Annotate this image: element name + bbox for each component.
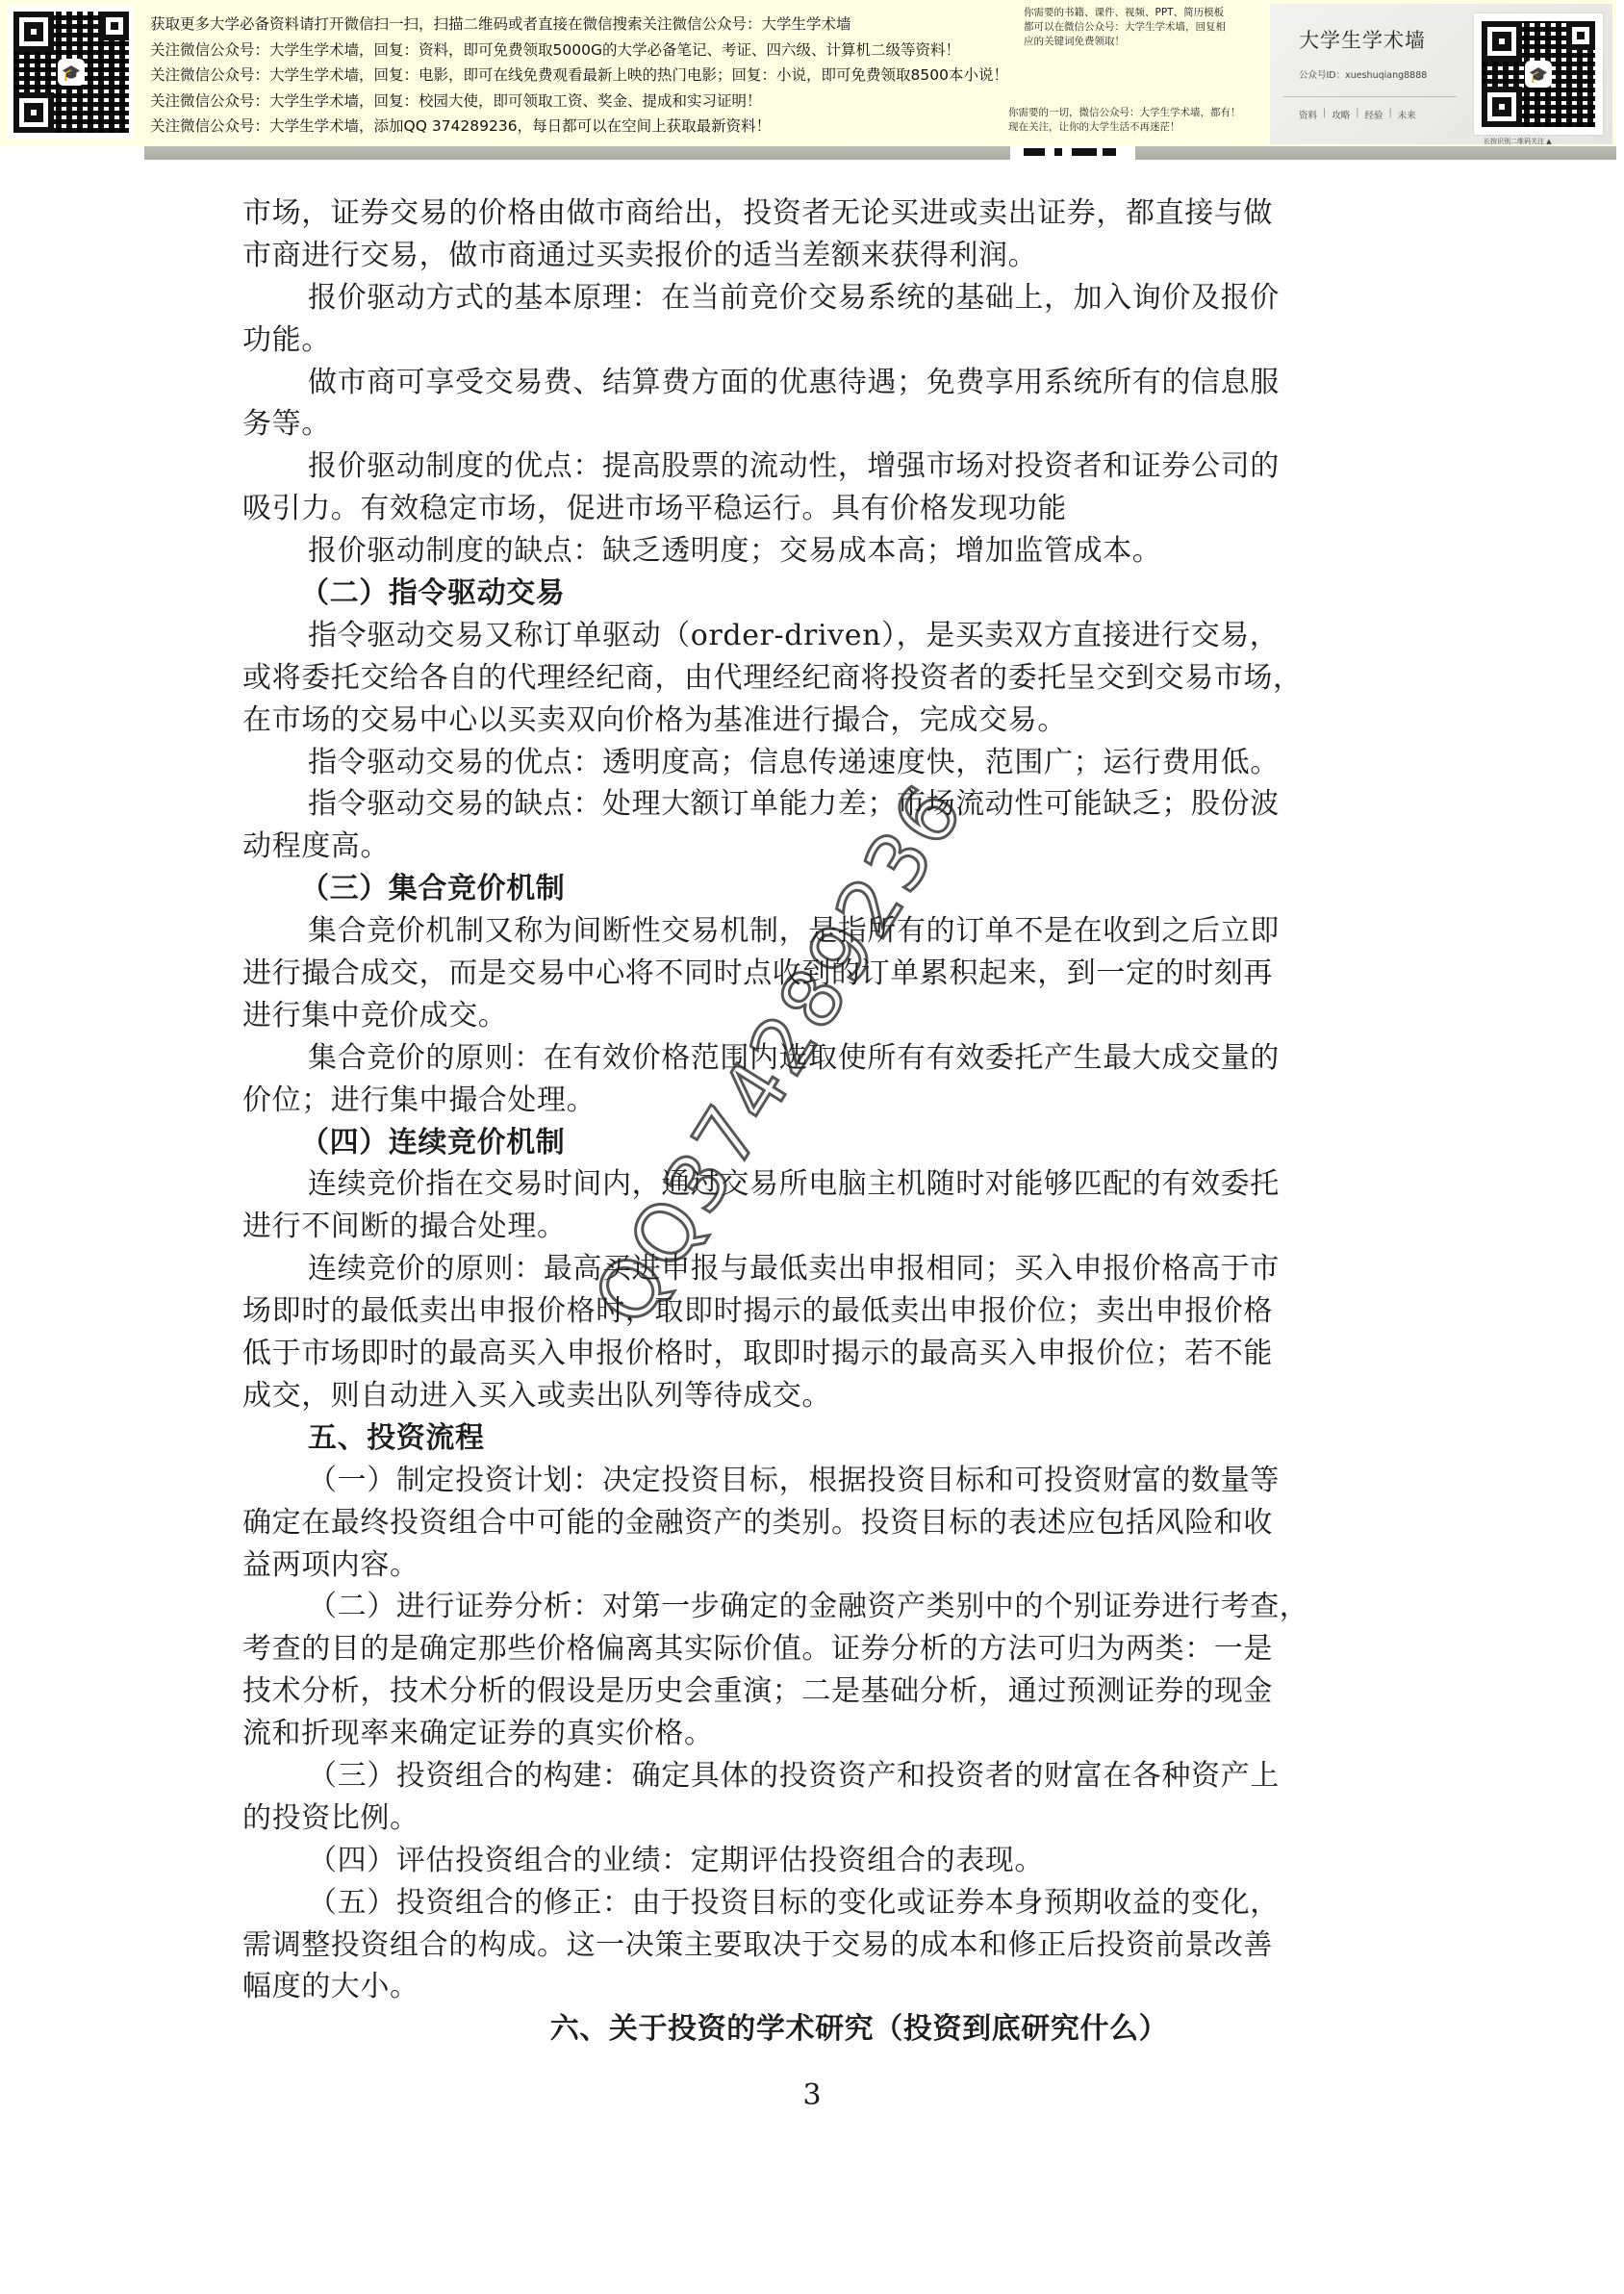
paragraph-line-indented: 连续竞价的原则：最高买进申报与最低卖出申报相同；买入申报价格高于市 [242, 1248, 1380, 1290]
paragraph-line-indented: 指令驱动交易的缺点：处理大额订单能力差；市场流动性可能缺乏；股份波 [242, 783, 1380, 826]
divider [1283, 96, 1457, 97]
paragraph-line: 功能。 [242, 319, 1380, 362]
paragraph-line-indented: 报价驱动方式的基本原理：在当前竞价交易系统的基础上，加入询价及报价 [242, 277, 1380, 319]
account-id: 公众号ID：xueshuqiang8888 [1299, 67, 1427, 81]
banner-text-lines: 获取更多大学必备资料请打开微信扫一扫，扫描二维码或者直接在微信搜索关注微信公众号… [150, 12, 1016, 140]
paragraph-line: 动程度高。 [242, 826, 1380, 868]
paragraph-line: 市场，证券交易的价格由做市商给出，投资者无论买进或卖出证券，都直接与做 [242, 192, 1380, 235]
side-note-line: 你需要的一切，微信公众号：大学生学术墙，都有！ [1008, 106, 1287, 120]
section-heading-centered: 六、关于投资的学术研究（投资到底研究什么） [242, 2008, 1380, 2051]
paragraph-line: 成交，则自动进入买入或卖出队列等待成交。 [242, 1375, 1380, 1417]
separator: | [1388, 108, 1391, 121]
separator: | [1323, 108, 1326, 121]
banner-texture-strip [1135, 146, 1616, 160]
card-link-experience[interactable]: 经验 [1364, 108, 1383, 121]
subsection-heading: （二）指令驱动交易 [242, 573, 1380, 615]
paragraph-line: 低于市场即时的最高买入申报价格时，取即时揭示的最高买入申报价位；若不能 [242, 1333, 1380, 1375]
paragraph-line: 吸引力。有效稳定市场，促进市场平稳运行。具有价格发现功能 [242, 488, 1380, 530]
banner-line: 关注微信公众号：大学生学术墙，添加QQ 374289236，每日都可以在空间上获… [150, 114, 1016, 140]
page-number: 3 [0, 2078, 1624, 2112]
paragraph-line: 需调整投资组合的构成。这一决策主要取决于交易的成本和修正后投资前景改善 [242, 1924, 1380, 1967]
separator: | [1356, 108, 1358, 121]
paragraph-line: 务等。 [242, 403, 1380, 446]
paragraph-line: 幅度的大小。 [242, 1966, 1380, 2008]
subsection-heading: （四）连续竞价机制 [242, 1122, 1380, 1164]
qr-code-left[interactable]: 🎓 [8, 6, 135, 139]
paragraph-line: 场即时的最低卖出申报价格时，取即时揭示的最低卖出申报价位；卖出申报价格 [242, 1290, 1380, 1333]
graduation-cap-icon: 🎓 [1525, 61, 1552, 88]
card-links: 资料 | 攻略 | 经验 | 未来 [1299, 108, 1416, 121]
qr-code-pattern: 🎓 [13, 12, 129, 133]
paragraph-line: 益两项内容。 [242, 1544, 1380, 1587]
paragraph-line-indented: 报价驱动制度的缺点：缺乏透明度；交易成本高；增加监管成本。 [242, 530, 1380, 573]
banner-strip-gap [1010, 146, 1133, 160]
qr-code-right[interactable]: 🎓 [1474, 13, 1603, 135]
paragraph-line-indented: 做市商可享受交易费、结算费方面的优惠待遇；免费享用系统所有的信息服 [242, 362, 1380, 404]
qr-caption: 长按识别二维码关注 ▲ [1484, 137, 1552, 146]
banner-side-note-bottom: 你需要的一切，微信公众号：大学生学术墙，都有！ 现在关注，让你的大学生活不再迷茫… [1008, 106, 1287, 135]
account-card: 大学生学术墙 公众号ID：xueshuqiang8888 资料 | 攻略 | 经… [1270, 4, 1612, 144]
side-note-line: 你需要的书籍、课件、视频、PPT、简历模板 [1024, 6, 1274, 20]
paragraph-line: 技术分析，技术分析的假设是历史会重演；二是基础分析，通过预测证券的现金 [242, 1670, 1380, 1713]
document-page: 市场，证券交易的价格由做市商给出，投资者无论买进或卖出证券，都直接与做市商进行交… [242, 192, 1380, 2051]
paragraph-line: 考查的目的是确定那些价格偏离其实际价值。证券分析的方法可归为两类：一是 [242, 1628, 1380, 1670]
paragraph-line-indented: 指令驱动交易的优点：透明度高；信息传递速度快，范围广；运行费用低。 [242, 742, 1380, 784]
paragraph-line: 或将委托交给各自的代理经纪商，由代理经纪商将投资者的委托呈交到交易市场， [242, 657, 1380, 700]
banner-line: 关注微信公众号：大学生学术墙，回复：校园大使，即可领取工资、奖金、提成和实习证明… [150, 89, 1016, 115]
banner-line: 关注微信公众号：大学生学术墙，回复：电影，即可在线免费观看最新上映的热门电影；回… [150, 63, 1016, 89]
paragraph-line: 市商进行交易，做市商通过买卖报价的适当差额来获得利润。 [242, 235, 1380, 277]
paragraph-line: 的投资比例。 [242, 1797, 1380, 1840]
card-link-future[interactable]: 未来 [1398, 108, 1416, 121]
banner-line: 关注微信公众号：大学生学术墙，回复：资料，即可免费领取5000G的大学必备笔记、… [150, 38, 1016, 64]
qr-code-pattern: 🎓 [1482, 21, 1595, 127]
paragraph-line-indented: （四）评估投资组合的业绩：定期评估投资组合的表现。 [242, 1840, 1380, 1882]
paragraph-line-indented: （三）投资组合的构建：确定具体的投资资产和投资者的财富在各种资产上 [242, 1755, 1380, 1797]
card-link-guides[interactable]: 攻略 [1332, 108, 1350, 121]
graduation-cap-icon: 🎓 [58, 59, 85, 86]
side-note-line: 现在关注，让你的大学生活不再迷茫！ [1008, 120, 1287, 135]
account-name: 大学生学术墙 [1299, 25, 1426, 54]
paragraph-line-indented: 指令驱动交易又称订单驱动（order-driven），是买卖双方直接进行交易， [242, 615, 1380, 657]
paragraph-line: 在市场的交易中心以买卖双向价格为基准进行撮合，完成交易。 [242, 700, 1380, 742]
section-heading: 五、投资流程 [242, 1417, 1380, 1460]
paragraph-line: 流和折现率来确定证券的真实价格。 [242, 1713, 1380, 1755]
side-note-line: 都可以在微信公众号：大学生学术墙，回复相 [1024, 20, 1274, 35]
banner-line: 获取更多大学必备资料请打开微信扫一扫，扫描二维码或者直接在微信搜索关注微信公众号… [150, 12, 1016, 38]
promo-banner: 🎓 获取更多大学必备资料请打开微信扫一扫，扫描二维码或者直接在微信搜索关注微信公… [0, 0, 1624, 160]
subsection-heading: （三）集合竞价机制 [242, 868, 1380, 910]
paragraph-line: 进行不间断的撮合处理。 [242, 1206, 1380, 1248]
banner-side-note-top: 你需要的书籍、课件、视频、PPT、简历模板 都可以在微信公众号：大学生学术墙，回… [1024, 6, 1274, 49]
paragraph-line-indented: （五）投资组合的修正：由于投资目标的变化或证券本身预期收益的变化， [242, 1882, 1380, 1924]
card-link-materials[interactable]: 资料 [1299, 108, 1317, 121]
paragraph-line-indented: 连续竞价指在交易时间内，通过交易所电脑主机随时对能够匹配的有效委托 [242, 1163, 1380, 1206]
paragraph-line-indented: （一）制定投资计划：决定投资目标，根据投资目标和可投资财富的数量等 [242, 1460, 1380, 1502]
banner-texture-strip [144, 146, 1106, 160]
paragraph-line-indented: （二）进行证券分析：对第一步确定的金融资产类别中的个别证券进行考查， [242, 1586, 1380, 1628]
paragraph-line: 确定在最终投资组合中可能的金融资产的类别。投资目标的表述应包括风险和收 [242, 1502, 1380, 1544]
side-note-line: 应的关键词免费领取！ [1024, 35, 1274, 49]
paragraph-line-indented: 报价驱动制度的优点：提高股票的流动性，增强市场对投资者和证券公司的 [242, 446, 1380, 488]
